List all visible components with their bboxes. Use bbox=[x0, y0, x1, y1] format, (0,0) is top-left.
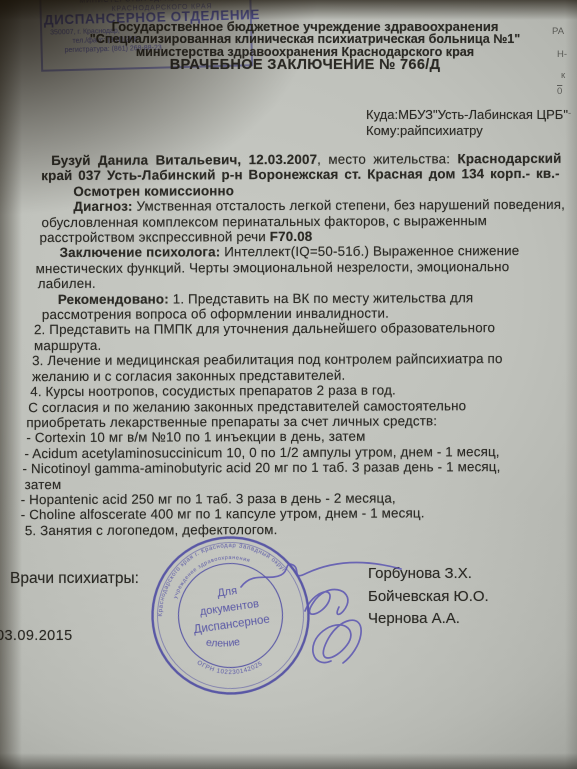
patient-name-dob: Бузуй Данила Витальевич, 12.03.2007 bbox=[51, 152, 317, 168]
body-segment: Краснодарский bbox=[457, 151, 561, 166]
edge-fragment: 0 bbox=[557, 86, 562, 97]
edge-fragment: Н- bbox=[557, 49, 567, 60]
body-line-diagnosis-2: обусловленная комплексом перинатальных ф… bbox=[41, 213, 542, 231]
signature-stroke-2 bbox=[305, 590, 348, 615]
org-name-line-2: "Специализированная клиническая психиатр… bbox=[60, 32, 550, 46]
body-line-diagnosis-1: Диагноз: Умственная отсталость легкой ст… bbox=[73, 197, 542, 214]
signature-stroke-1 bbox=[241, 563, 401, 587]
document-body: Бузуй Данила Витальевич, 12.03.2007, мес… bbox=[35, 151, 544, 538]
body-line-rec-2a: 2. Представить на ПМПК для уточнения дал… bbox=[34, 320, 543, 338]
diagnosis-code: F70.08 bbox=[270, 229, 313, 244]
signature-stroke-3 bbox=[313, 620, 361, 663]
addressee-block: Куда:МБУЗ"Усть-Лабинская ЦРБ" Кому:райпс… bbox=[366, 107, 568, 138]
document-photo: СПЕЦИАЛИЗИРОВАННАЯ КЛИНИЧЕСКАЯ ПСИХИАТРИ… bbox=[0, 0, 577, 769]
document-title: ВРАЧЕБНОЕ ЗАКЛЮЧЕНИЕ № 766/Д bbox=[60, 57, 550, 73]
body-line-psych-2: мнестических функций. Черты эмоционально… bbox=[36, 259, 543, 277]
doctors-label: Врачи психиатры: bbox=[10, 570, 139, 588]
edge-fragment: к bbox=[561, 70, 565, 81]
psych-label: Заключение психолога: bbox=[60, 245, 221, 261]
recommendation-label: Рекомендовано: bbox=[58, 291, 169, 306]
body-segment: 1. Представить на ВК по месту жительства… bbox=[169, 290, 474, 306]
body-segment: расстройством экспрессивной речи bbox=[39, 229, 269, 245]
edge-fragment: РА bbox=[552, 26, 564, 37]
body-line-address: край 037 Усть-Лабинский р-н Воронежская … bbox=[41, 166, 542, 184]
addressee-to: Куда:МБУЗ"Усть-Лабинская ЦРБ" bbox=[366, 107, 568, 123]
signatures bbox=[235, 545, 420, 670]
body-line-med-3a: - Nicotinoyl gamma-aminobutyric acid 20 … bbox=[23, 459, 544, 477]
addressee-whom: Кому:райпсихиатру bbox=[366, 123, 568, 139]
diagnosis-label: Диагноз: bbox=[73, 199, 132, 214]
edge-fragment: - bbox=[568, 108, 571, 119]
document-date: 03.09.2015 bbox=[0, 628, 73, 644]
body-segment: , место жительства: bbox=[317, 151, 457, 167]
body-line-rec-3a: 3. Лечение и медицинская реабилитация по… bbox=[32, 351, 543, 369]
body-line-rec-1a: Рекомендовано: 1. Представить на ВК по м… bbox=[58, 290, 543, 308]
body-line-consent-1: С согласия и по желанию законных предста… bbox=[28, 397, 543, 415]
body-segment: Умственная отсталость легкой степени, бе… bbox=[133, 197, 565, 214]
body-segment: Интеллект(IQ=50-51б.) Выраженное снижени… bbox=[220, 243, 519, 259]
